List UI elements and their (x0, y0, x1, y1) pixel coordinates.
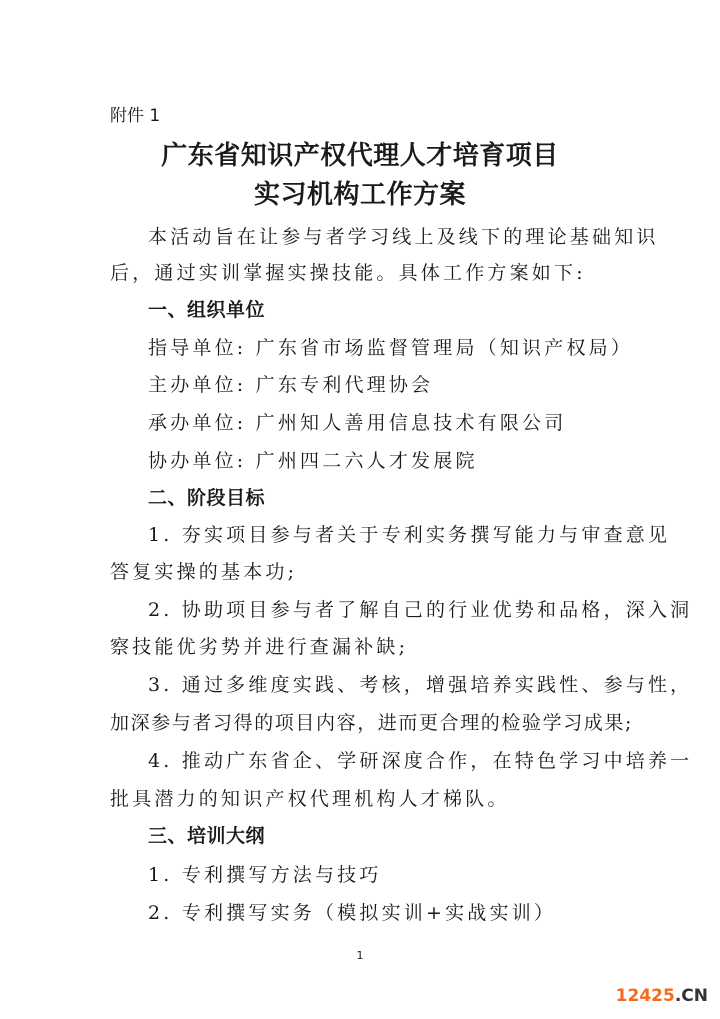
outline-item-1: 1. 专利撰写方法与技巧 (148, 863, 382, 887)
organizer-undertaker-unit: 承办单位: 广州知人善用信息技术有限公司 (148, 411, 566, 435)
document-title-line1: 广东省知识产权代理人才培育项目 (0, 140, 720, 172)
outline-item-2: 2. 专利撰写实务（模拟实训+实战实训） (148, 901, 556, 925)
watermark-number: 12425 (616, 986, 675, 1006)
goal-4-line2: 批具潜力的知识产权代理机构人才梯队。 (110, 787, 510, 811)
intro-paragraph-line1: 本活动旨在让参与者学习线上及线下的理论基础知识 (148, 225, 659, 249)
goal-2-line2: 察技能优劣势并进行查漏补缺; (110, 635, 408, 659)
goal-1-line1: 1. 夯实项目参与者关于专利实务撰写能力与审查意见 (148, 523, 670, 547)
organizer-guide-unit: 指导单位: 广东省市场监督管理局（知识产权局） (148, 336, 633, 360)
document-page: 附件 1 广东省知识产权代理人才培育项目 实习机构工作方案 本活动旨在让参与者学… (0, 0, 720, 1019)
goal-1-line2: 答复实操的基本功; (110, 560, 297, 584)
section-heading-goals: 二、阶段目标 (148, 486, 265, 510)
intro-paragraph-line2: 后，通过实训掌握实操技能。具体工作方案如下: (110, 261, 586, 285)
organizer-co-organizer-unit: 协办单位: 广州四二六人才发展院 (148, 449, 478, 473)
attachment-label: 附件 1 (110, 104, 160, 128)
goal-4-line1: 4. 推动广东省企、学研深度合作，在特色学习中培养一 (148, 749, 692, 773)
page-number: 1 (0, 944, 720, 968)
site-watermark: 12425.CN (616, 986, 708, 1006)
section-heading-training-outline: 三、培训大纲 (148, 824, 265, 848)
goal-3-line2: 加深参与者习得的项目内容，进而更合理的检验学习成果; (110, 711, 633, 735)
document-title-line2: 实习机构工作方案 (0, 179, 720, 211)
section-heading-organizers: 一、组织单位 (148, 298, 265, 322)
organizer-host-unit: 主办单位: 广东专利代理协会 (148, 373, 433, 397)
goal-2-line1: 2. 协助项目参与者了解自己的行业优势和品格，深入洞 (148, 598, 692, 622)
watermark-domain: .CN (675, 986, 708, 1006)
goal-3-line1: 3. 通过多维度实践、考核，增强培养实践性、参与性， (148, 673, 692, 697)
